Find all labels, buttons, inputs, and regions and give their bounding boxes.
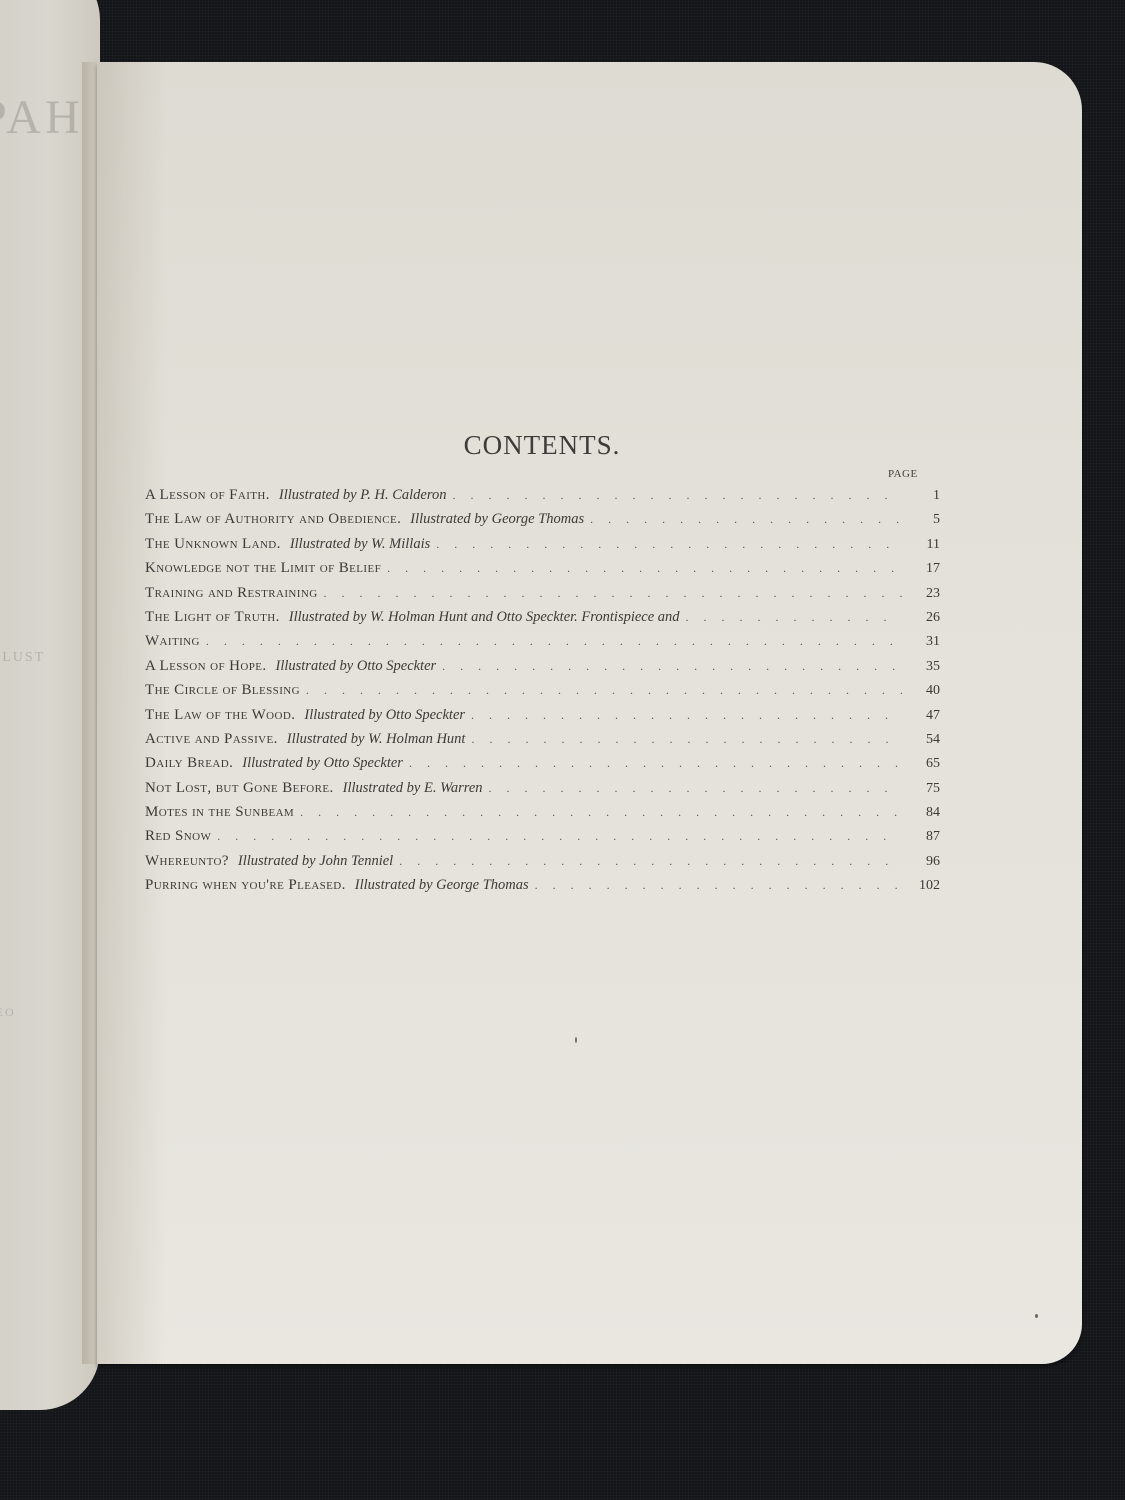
dot-leader: ........................................ — [686, 610, 902, 625]
entry-page-number: 11 — [910, 537, 940, 553]
entry-title: The Unknown Land. — [145, 536, 281, 553]
dot-leader: ........................................ — [489, 781, 902, 796]
dot-leader: ........................................ — [471, 708, 902, 723]
entry-page-number: 26 — [910, 610, 940, 626]
dot-leader: ........................................ — [409, 756, 902, 771]
dot-leader: ........................................ — [300, 805, 902, 820]
dot-leader: ........................................ — [442, 659, 902, 674]
entry-page-number: 31 — [910, 634, 940, 650]
entry-page-number: 23 — [910, 586, 940, 602]
toc-entry: A Lesson of Faith.Illustrated by P. H. C… — [145, 487, 940, 511]
toc-entry: Active and Passive.Illustrated by W. Hol… — [145, 731, 940, 755]
dot-leader: ........................................ — [535, 878, 902, 893]
entry-page-number: 40 — [910, 683, 940, 699]
dot-leader: ........................................ — [452, 488, 902, 503]
entry-page-number: 5 — [910, 512, 940, 528]
toc-entry: The Circle of Blessing..................… — [145, 682, 940, 706]
dot-leader: ........................................ — [399, 854, 902, 869]
dot-leader: ........................................ — [306, 683, 902, 698]
entry-page-number: 65 — [910, 756, 940, 772]
entry-title: Waiting — [145, 633, 200, 650]
paper-speck — [1035, 1314, 1038, 1318]
entry-title: Daily Bread. — [145, 755, 233, 772]
toc-entry: Daily Bread.Illustrated by Otto Speckter… — [145, 755, 940, 779]
entry-title: Not Lost, but Gone Before. — [145, 780, 334, 797]
entry-title: The Light of Truth. — [145, 609, 280, 626]
entry-illustrator: Illustrated by W. Millais — [290, 536, 430, 553]
toc-entry: Knowledge not the Limit of Belief.......… — [145, 560, 940, 584]
entry-page-number: 84 — [910, 805, 940, 821]
toc-entry: Motes in the Sunbeam....................… — [145, 804, 940, 828]
page-title: CONTENTS. — [0, 430, 1084, 461]
toc-entry: Not Lost, but Gone Before.Illustrated by… — [145, 780, 940, 804]
page-column-label: PAGE — [888, 468, 918, 480]
show-through-title-text: PAH — [0, 90, 84, 145]
dot-leader: ........................................ — [324, 586, 902, 601]
dot-leader: ........................................ — [471, 732, 902, 747]
entry-illustrator: Illustrated by Otto Speckter — [304, 707, 465, 724]
toc-entry: The Law of the Wood.Illustrated by Otto … — [145, 707, 940, 731]
entry-title: A Lesson of Faith. — [145, 487, 270, 504]
entry-title: The Circle of Blessing — [145, 682, 300, 699]
toc-entry: The Law of Authority and Obedience.Illus… — [145, 511, 940, 535]
toc-entry: Whereunto?Illustrated by John Tenniel...… — [145, 853, 940, 877]
toc-entry: The Light of Truth.Illustrated by W. Hol… — [145, 609, 940, 633]
entry-illustrator: Illustrated by George Thomas — [355, 877, 529, 894]
entry-page-number: 87 — [910, 829, 940, 845]
show-through-publisher-text: GEO — [0, 1005, 16, 1020]
entry-title: Red Snow — [145, 828, 211, 845]
entry-illustrator: Illustrated by W. Holman Hunt — [287, 731, 466, 748]
dot-leader: ........................................ — [206, 634, 902, 649]
contents-list: A Lesson of Faith.Illustrated by P. H. C… — [145, 487, 940, 902]
show-through-illustrated-text: ILLUST — [0, 650, 45, 666]
toc-entry: A Lesson of Hope.Illustrated by Otto Spe… — [145, 658, 940, 682]
entry-page-number: 35 — [910, 659, 940, 675]
entry-illustrator: Illustrated by W. Holman Hunt and Otto S… — [289, 609, 680, 626]
entry-illustrator: Illustrated by Otto Speckter — [276, 658, 437, 675]
entry-title: Active and Passive. — [145, 731, 278, 748]
entry-page-number: 102 — [910, 878, 940, 894]
entry-title: Knowledge not the Limit of Belief — [145, 560, 381, 577]
entry-page-number: 17 — [910, 561, 940, 577]
toc-entry: Red Snow................................… — [145, 828, 940, 852]
entry-title: A Lesson of Hope. — [145, 658, 267, 675]
entry-page-number: 96 — [910, 854, 940, 870]
entry-title: The Law of Authority and Obedience. — [145, 511, 401, 528]
paper-speck — [575, 1037, 577, 1043]
entry-page-number: 54 — [910, 732, 940, 748]
dot-leader: ........................................ — [387, 561, 902, 576]
entry-page-number: 1 — [910, 488, 940, 504]
dot-leader: ........................................ — [436, 537, 902, 552]
entry-title: Motes in the Sunbeam — [145, 804, 294, 821]
entry-illustrator: Illustrated by P. H. Calderon — [279, 487, 447, 504]
toc-entry: Purring when you're Pleased.Illustrated … — [145, 877, 940, 901]
entry-illustrator: Illustrated by E. Warren — [343, 780, 483, 797]
entry-title: Purring when you're Pleased. — [145, 877, 346, 894]
toc-entry: Training and Restraining................… — [145, 585, 940, 609]
dot-leader: ........................................ — [590, 512, 902, 527]
entry-title: The Law of the Wood. — [145, 707, 295, 724]
entry-page-number: 75 — [910, 781, 940, 797]
entry-title: Whereunto? — [145, 853, 229, 870]
entry-page-number: 47 — [910, 708, 940, 724]
toc-entry: The Unknown Land.Illustrated by W. Milla… — [145, 536, 940, 560]
entry-illustrator: Illustrated by George Thomas — [410, 511, 584, 528]
entry-illustrator: Illustrated by Otto Speckter — [242, 755, 403, 772]
entry-illustrator: Illustrated by John Tenniel — [238, 853, 393, 870]
entry-title: Training and Restraining — [145, 585, 318, 602]
toc-entry: Waiting.................................… — [145, 633, 940, 657]
dot-leader: ........................................ — [217, 829, 902, 844]
